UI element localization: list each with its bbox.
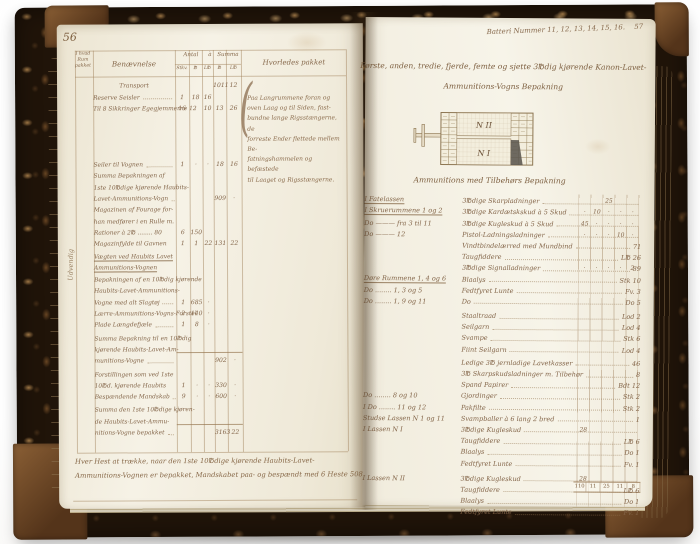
value-cell: 150 — [190, 229, 203, 236]
comment-line: oven Laag og til Siden, fast- — [247, 104, 344, 115]
value-cell: 1 — [176, 321, 190, 328]
dotted-leader — [489, 409, 620, 411]
list-item: Fiint SeilgarnLod 4 — [363, 341, 640, 354]
photo-of-ledger-book: 56 I hvadRumpakket Benævnelse Antal à Su… — [0, 0, 700, 544]
value-cell: 9 — [177, 393, 191, 400]
column-value: 10 — [591, 209, 602, 216]
dotted-leader — [505, 259, 619, 261]
row-label: munitions-Vogne — [94, 359, 144, 365]
value-cell: · — [228, 393, 243, 400]
value-cell: 18 — [189, 94, 202, 101]
dotted-leader — [515, 465, 621, 467]
subcolumn-header: ℔ — [213, 66, 226, 71]
column-header-name: Benævnelse — [93, 59, 175, 68]
dotted-leader — [474, 303, 623, 305]
value-cell: 18 — [213, 161, 226, 168]
rum-header-line: pakket — [71, 64, 95, 70]
item-label: Fedtfyret Lunte — [461, 459, 513, 467]
compartment-label-n2: N II — [475, 121, 493, 130]
value-cell: 1 — [175, 161, 189, 168]
value-cell: 131 — [214, 240, 227, 247]
dotted-leader — [503, 491, 621, 493]
footnote-line: Ammunitions-Vognen er bepakket, Mandskab… — [75, 468, 375, 483]
column-value: 45 — [579, 220, 590, 227]
dotted-leader — [516, 292, 622, 294]
dotted-leader — [491, 340, 621, 342]
column-value: · — [579, 231, 590, 238]
location-label: I Lassen N I — [363, 425, 403, 433]
dotted-leader — [163, 303, 174, 304]
table-row: Rationer à 2℔ ........ 806150 — [94, 225, 242, 237]
column-value: 28 — [578, 426, 589, 433]
page-title-line2: Ammunitions-Vogns Bepakning — [353, 81, 653, 92]
value-cell: · — [204, 382, 215, 389]
packing-list: I Fatelassen3℔dige Skarpladninger25I Skr… — [362, 193, 641, 517]
page-title-line1: Første, anden, tredie, fjerde, femte og … — [353, 61, 653, 72]
dotted-leader — [503, 443, 621, 445]
value-cell: 1 — [176, 299, 190, 306]
column-value: 10 — [615, 231, 626, 238]
table-row: nitions-Vogne bepakket316322 — [95, 425, 243, 437]
leather-corner — [655, 2, 689, 56]
location-label: Do ........ 1, 9 og 11 — [364, 297, 427, 305]
dotted-leader — [586, 376, 633, 377]
pole-end — [414, 128, 416, 142]
column-value: · — [603, 231, 614, 238]
item-label: Blaalys — [460, 497, 484, 505]
corner-note: Batteri Nummer 11, 12, 13, 14, 15, 16. 5… — [487, 23, 644, 36]
table-row: Seiler til Vognen1··1816 — [93, 157, 241, 169]
table-row: munitions-Vogne902· — [94, 353, 242, 365]
table-row: Magazinen af Fourage for- — [94, 202, 242, 214]
dotted-leader — [542, 203, 638, 205]
table-row: Vogne med alt Slagtøj1685· — [94, 294, 242, 306]
ledger-table-rows: Transport101112Reserve Seisler11816Til 8… — [93, 78, 243, 437]
value-cell: 3163 — [215, 429, 228, 436]
table-row: 1ste 10℔dige kjørende Haubits- — [94, 179, 242, 191]
value-cell: · — [202, 161, 213, 168]
comment-line: fatningshammelen og befæstede — [247, 155, 344, 176]
value-cell: · — [227, 195, 242, 202]
location-label: I Fatelassen — [364, 195, 404, 204]
column-value: · — [579, 265, 590, 272]
item-label: Blaalys — [462, 275, 486, 283]
value-cell: 6 — [176, 229, 190, 236]
margin-vertical-note: Udvendig — [67, 221, 76, 281]
table-row: Magazinfylde til Gavnen112213122 — [94, 236, 242, 248]
value-cell: 1 — [175, 94, 189, 101]
dotted-leader — [515, 514, 621, 516]
page-number-right: 57 — [635, 23, 644, 31]
row-label: Magazinfylde til Gavnen — [94, 241, 167, 247]
quantity-value: Stk 2 — [623, 404, 640, 412]
paper-stain — [585, 139, 611, 155]
value-cell: 13 — [213, 105, 226, 112]
value-cell: 1011 — [213, 82, 226, 89]
rule-line — [346, 49, 349, 451]
column-value: 25 — [603, 198, 614, 205]
quantity-value: Lod 4 — [622, 346, 641, 354]
dotted-leader — [489, 281, 617, 283]
comment-line: til Laaget og Rigsstængerne. — [248, 175, 345, 186]
item-label: Gjordinger — [461, 392, 497, 400]
table-row: Summa Bepakningen af — [93, 168, 241, 180]
comment-line: bundne lange Rigsstængerne, de — [247, 114, 344, 135]
footnote: Hver Hest at trække, naar den 1ste 10℔di… — [75, 454, 375, 483]
table-row: Transport101112 — [93, 78, 241, 90]
value-cell: 2 — [176, 310, 190, 317]
item-label: Pakfilte — [461, 403, 486, 411]
column-value: · — [615, 209, 626, 216]
value-cell: 902 — [214, 357, 227, 364]
table-row: 10℔d. kjørende Haubits1··330· — [95, 377, 243, 389]
value-cell: · — [189, 105, 202, 112]
location-label: Do ——— 12 — [364, 230, 405, 238]
quantity-value: 71 — [633, 243, 641, 251]
table-row: han medfører i en Rulle m. — [94, 213, 242, 225]
value-cell: 10 — [202, 105, 213, 112]
dotted-leader — [499, 317, 619, 319]
quantity-value: 8 — [636, 371, 640, 379]
subcolumn-header: ℔ — [189, 66, 202, 71]
value-cell: 16 — [226, 161, 241, 168]
dotted-leader — [143, 98, 172, 99]
quantity-value: Do 1 — [624, 449, 639, 457]
value-cell: 22 — [227, 240, 242, 247]
dotted-leader — [575, 365, 629, 366]
column-value: · — [627, 209, 638, 216]
value-cell: · — [203, 310, 214, 317]
dotted-leader — [510, 351, 619, 353]
dotted-leader — [173, 398, 176, 399]
value-cell: · — [203, 321, 214, 328]
column-value: · — [603, 220, 614, 227]
ledger-page-right: Batteri Nummer 11, 12, 13, 14, 15, 16. 5… — [362, 17, 655, 507]
dotted-leader — [146, 166, 172, 167]
dotted-leader — [492, 329, 619, 331]
column-header-rum: I hvadRumpakket — [71, 52, 95, 70]
value-cell: 22 — [203, 240, 214, 247]
item-label: Fiint Seilgarn — [461, 345, 506, 353]
quantity-value: 1 — [636, 416, 640, 424]
item-label: Staaltraad — [462, 312, 497, 320]
quantity-value: L℔ 6 — [624, 438, 640, 446]
column-value: · — [627, 220, 638, 227]
item-label: Taugfiddere — [460, 486, 500, 494]
value-cell: · — [227, 357, 242, 364]
table-row: Vægten ved Haubits Lavet — [94, 249, 242, 261]
value-cell: · — [203, 299, 214, 306]
list-subtitle: Ammunitions med Tilbehørs Bepakning — [365, 175, 615, 186]
list-item: Fedtfyret LunteFv. 1 — [362, 504, 639, 517]
value-cell: 1 — [176, 240, 190, 247]
dotted-leader — [167, 434, 173, 435]
item-label: Fedtfyret Lunte — [460, 508, 512, 516]
value-cell: 16 — [202, 94, 213, 101]
value-cell: 22 — [228, 429, 243, 436]
dotted-leader — [557, 421, 632, 423]
table-row: Summa den 1ste 10℔dige kjøren- — [95, 402, 243, 414]
rule-line — [77, 451, 348, 453]
item-label: Taugfiddere — [462, 253, 502, 261]
quantity-value: Stk 2 — [623, 393, 640, 401]
value-cell: · — [191, 393, 204, 400]
quantity-value: Fv. 1 — [624, 460, 640, 468]
item-label: Taugfiddere — [461, 437, 501, 445]
table-row: Lavet-Ammunitions-Vogn909· — [94, 191, 242, 203]
quantity-value: Stk 10 — [620, 276, 641, 284]
column-value: · — [627, 232, 638, 239]
value-cell: 16 — [175, 105, 189, 112]
dotted-leader — [511, 387, 615, 389]
dotted-leader — [576, 248, 630, 249]
value-cell: 909 — [214, 195, 227, 202]
item-label: Blaalys — [461, 448, 485, 456]
comment-line: forreste Ender flettede mellem Be- — [247, 134, 344, 155]
ledger-page-left: 56 I hvadRumpakket Benævnelse Antal à Su… — [57, 23, 366, 509]
dotted-leader — [171, 200, 174, 201]
table-row: Lærre-Ammunitions-Vogns-Forstel2140· — [94, 306, 242, 318]
column-value: · — [603, 209, 614, 216]
value-cell: · — [189, 161, 202, 168]
table-row: Reserve Seisler11816 — [93, 89, 241, 101]
list-item: Do ........ 1, 9 og 11DoDo 5 — [364, 294, 641, 307]
pole-crossbar — [422, 124, 425, 146]
column-value: · — [615, 265, 626, 272]
value-cell: 1 — [190, 240, 203, 247]
quantity-value: L℔ 26 — [621, 254, 641, 262]
quantity-value: L℔ 6 — [624, 487, 640, 495]
quantity-value: Do 1 — [624, 498, 639, 506]
dotted-leader — [487, 454, 621, 456]
dotted-leader — [500, 398, 620, 400]
rule-line — [75, 51, 78, 453]
quantity-value: Stk 6 — [623, 335, 640, 343]
table-row: Forstillingen som ved 1ste — [95, 366, 243, 378]
table-row: Ammunitions-Vognen — [94, 260, 242, 272]
column-value: 2 — [627, 265, 638, 272]
rule-line — [73, 499, 357, 501]
column-value: · — [591, 265, 602, 272]
column-value: · — [603, 265, 614, 272]
quantity-value: Bdt 12 — [618, 382, 640, 390]
quantity-value: Fv. 1 — [624, 509, 640, 517]
quantity-value: Do 5 — [625, 299, 640, 307]
table-row: Summa Bepakning til en 10℔dig — [94, 330, 242, 342]
item-label: Svampe — [461, 334, 487, 342]
table-row: Til 8 Sikkringer Egegjemmerne 1216·10132… — [93, 100, 241, 112]
table-row: Bepakningen af en 10℔dig kjørende — [94, 272, 242, 284]
value-cell: 8 — [190, 321, 203, 328]
column-header-antal: Antal — [175, 52, 207, 58]
column-value: · — [579, 209, 590, 216]
list-item: Fedtfyret LunteFv. 1 — [363, 455, 640, 468]
quantity-value: Lod 4 — [622, 324, 641, 332]
page-number-left: 56 — [63, 31, 77, 44]
dotted-leader — [155, 326, 173, 327]
row-label: Plade Længdefjæle — [94, 323, 152, 329]
battery-number-note: Batteri Nummer 11, 12, 13, 14, 15, 16. — [487, 23, 626, 36]
row-label: Bespændende Mandskab — [95, 394, 170, 400]
quantity-value: Lod 2 — [622, 313, 641, 321]
subcolumn-header: L℔ — [202, 66, 213, 71]
dotted-leader — [487, 502, 621, 504]
column-header-summa: Summa — [213, 52, 243, 58]
wagon-pole — [415, 133, 443, 137]
table-row: Haubits-Lavet-Ammunitions- — [94, 283, 242, 295]
value-cell: 1 — [177, 382, 191, 389]
value-cell: 600 — [215, 393, 228, 400]
comment-line: Paa Langrummene foran og — [247, 93, 344, 104]
packing-comment-block: Paa Langrummene foran ogoven Laag og til… — [247, 93, 344, 185]
column-header-how: Hvorledes pakket — [243, 58, 345, 67]
quantity-value: Fv. 3 — [625, 287, 641, 295]
table-row: Bespændende Mandskab9··600· — [95, 389, 243, 401]
table-row: Plade Længdefjæle18· — [94, 317, 242, 329]
compartment-label-n1: N I — [476, 149, 491, 158]
item-label: Seilgarn — [462, 323, 490, 331]
column-value: · — [615, 220, 626, 227]
column-value: · — [591, 231, 602, 238]
wagon-packing-diagram: N II N I — [411, 103, 561, 174]
row-label: nitions-Vogne bepakket — [95, 430, 165, 436]
column-value: · — [591, 220, 602, 227]
value-cell: · — [204, 393, 215, 400]
quantity-value: 46 — [632, 360, 640, 368]
dotted-leader — [147, 362, 173, 363]
item-label: Do — [462, 298, 471, 306]
subcolumn-header: Stkv. — [175, 66, 189, 71]
